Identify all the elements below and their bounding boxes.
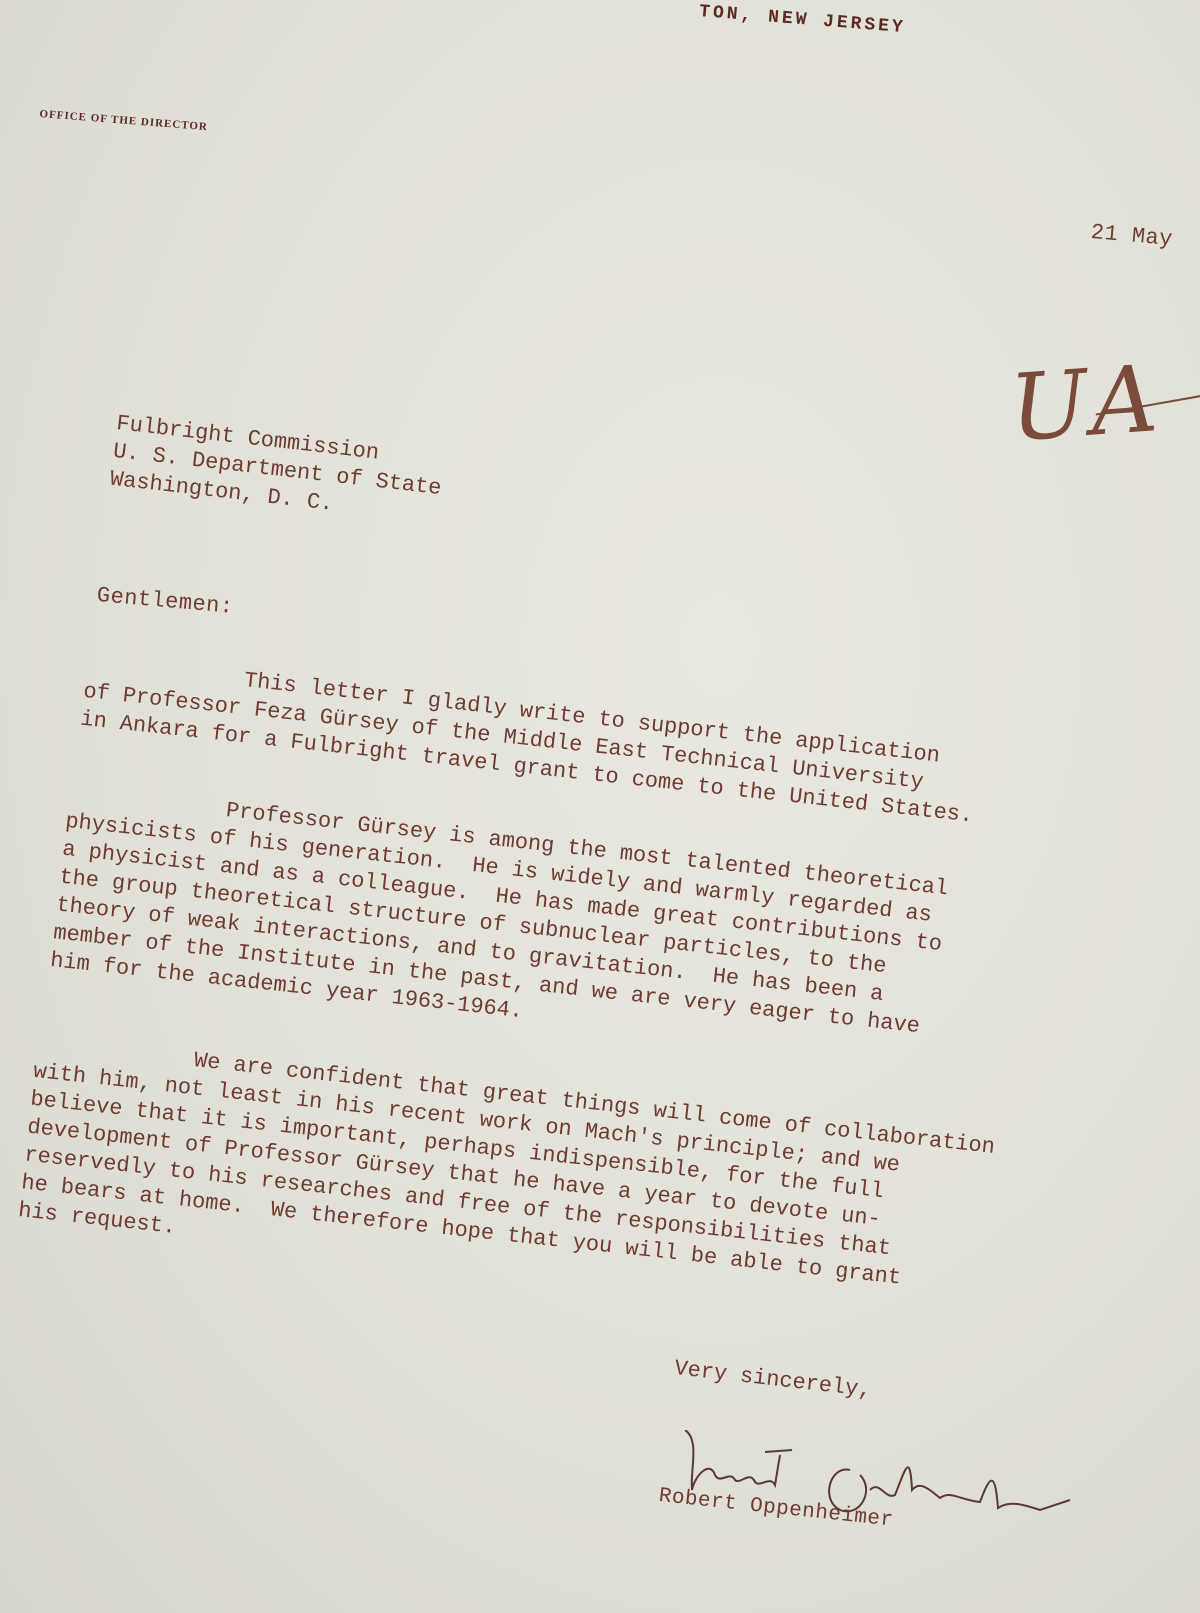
recipient-address: Fulbright Commission U. S. Department of…: [108, 410, 445, 531]
letterhead-office: OFFICE OF THE DIRECTOR: [39, 108, 208, 133]
salutation: Gentlemen:: [96, 583, 235, 620]
handwritten-annotation: UA: [1006, 345, 1166, 462]
closing-text: Very sincerely,: [673, 1355, 873, 1405]
letter-page: TON, NEW JERSEY OFFICE OF THE DIRECTOR 2…: [0, 0, 1200, 1613]
letter-date: 21 May: [1090, 220, 1174, 252]
letterhead-location: TON, NEW JERSEY: [698, 2, 906, 38]
paragraph-2: Professor Gürsey is among the most talen…: [49, 780, 950, 1070]
closing: Very sincerely,: [673, 1355, 873, 1405]
paragraph-3: We are confident that great things will …: [17, 1030, 996, 1329]
